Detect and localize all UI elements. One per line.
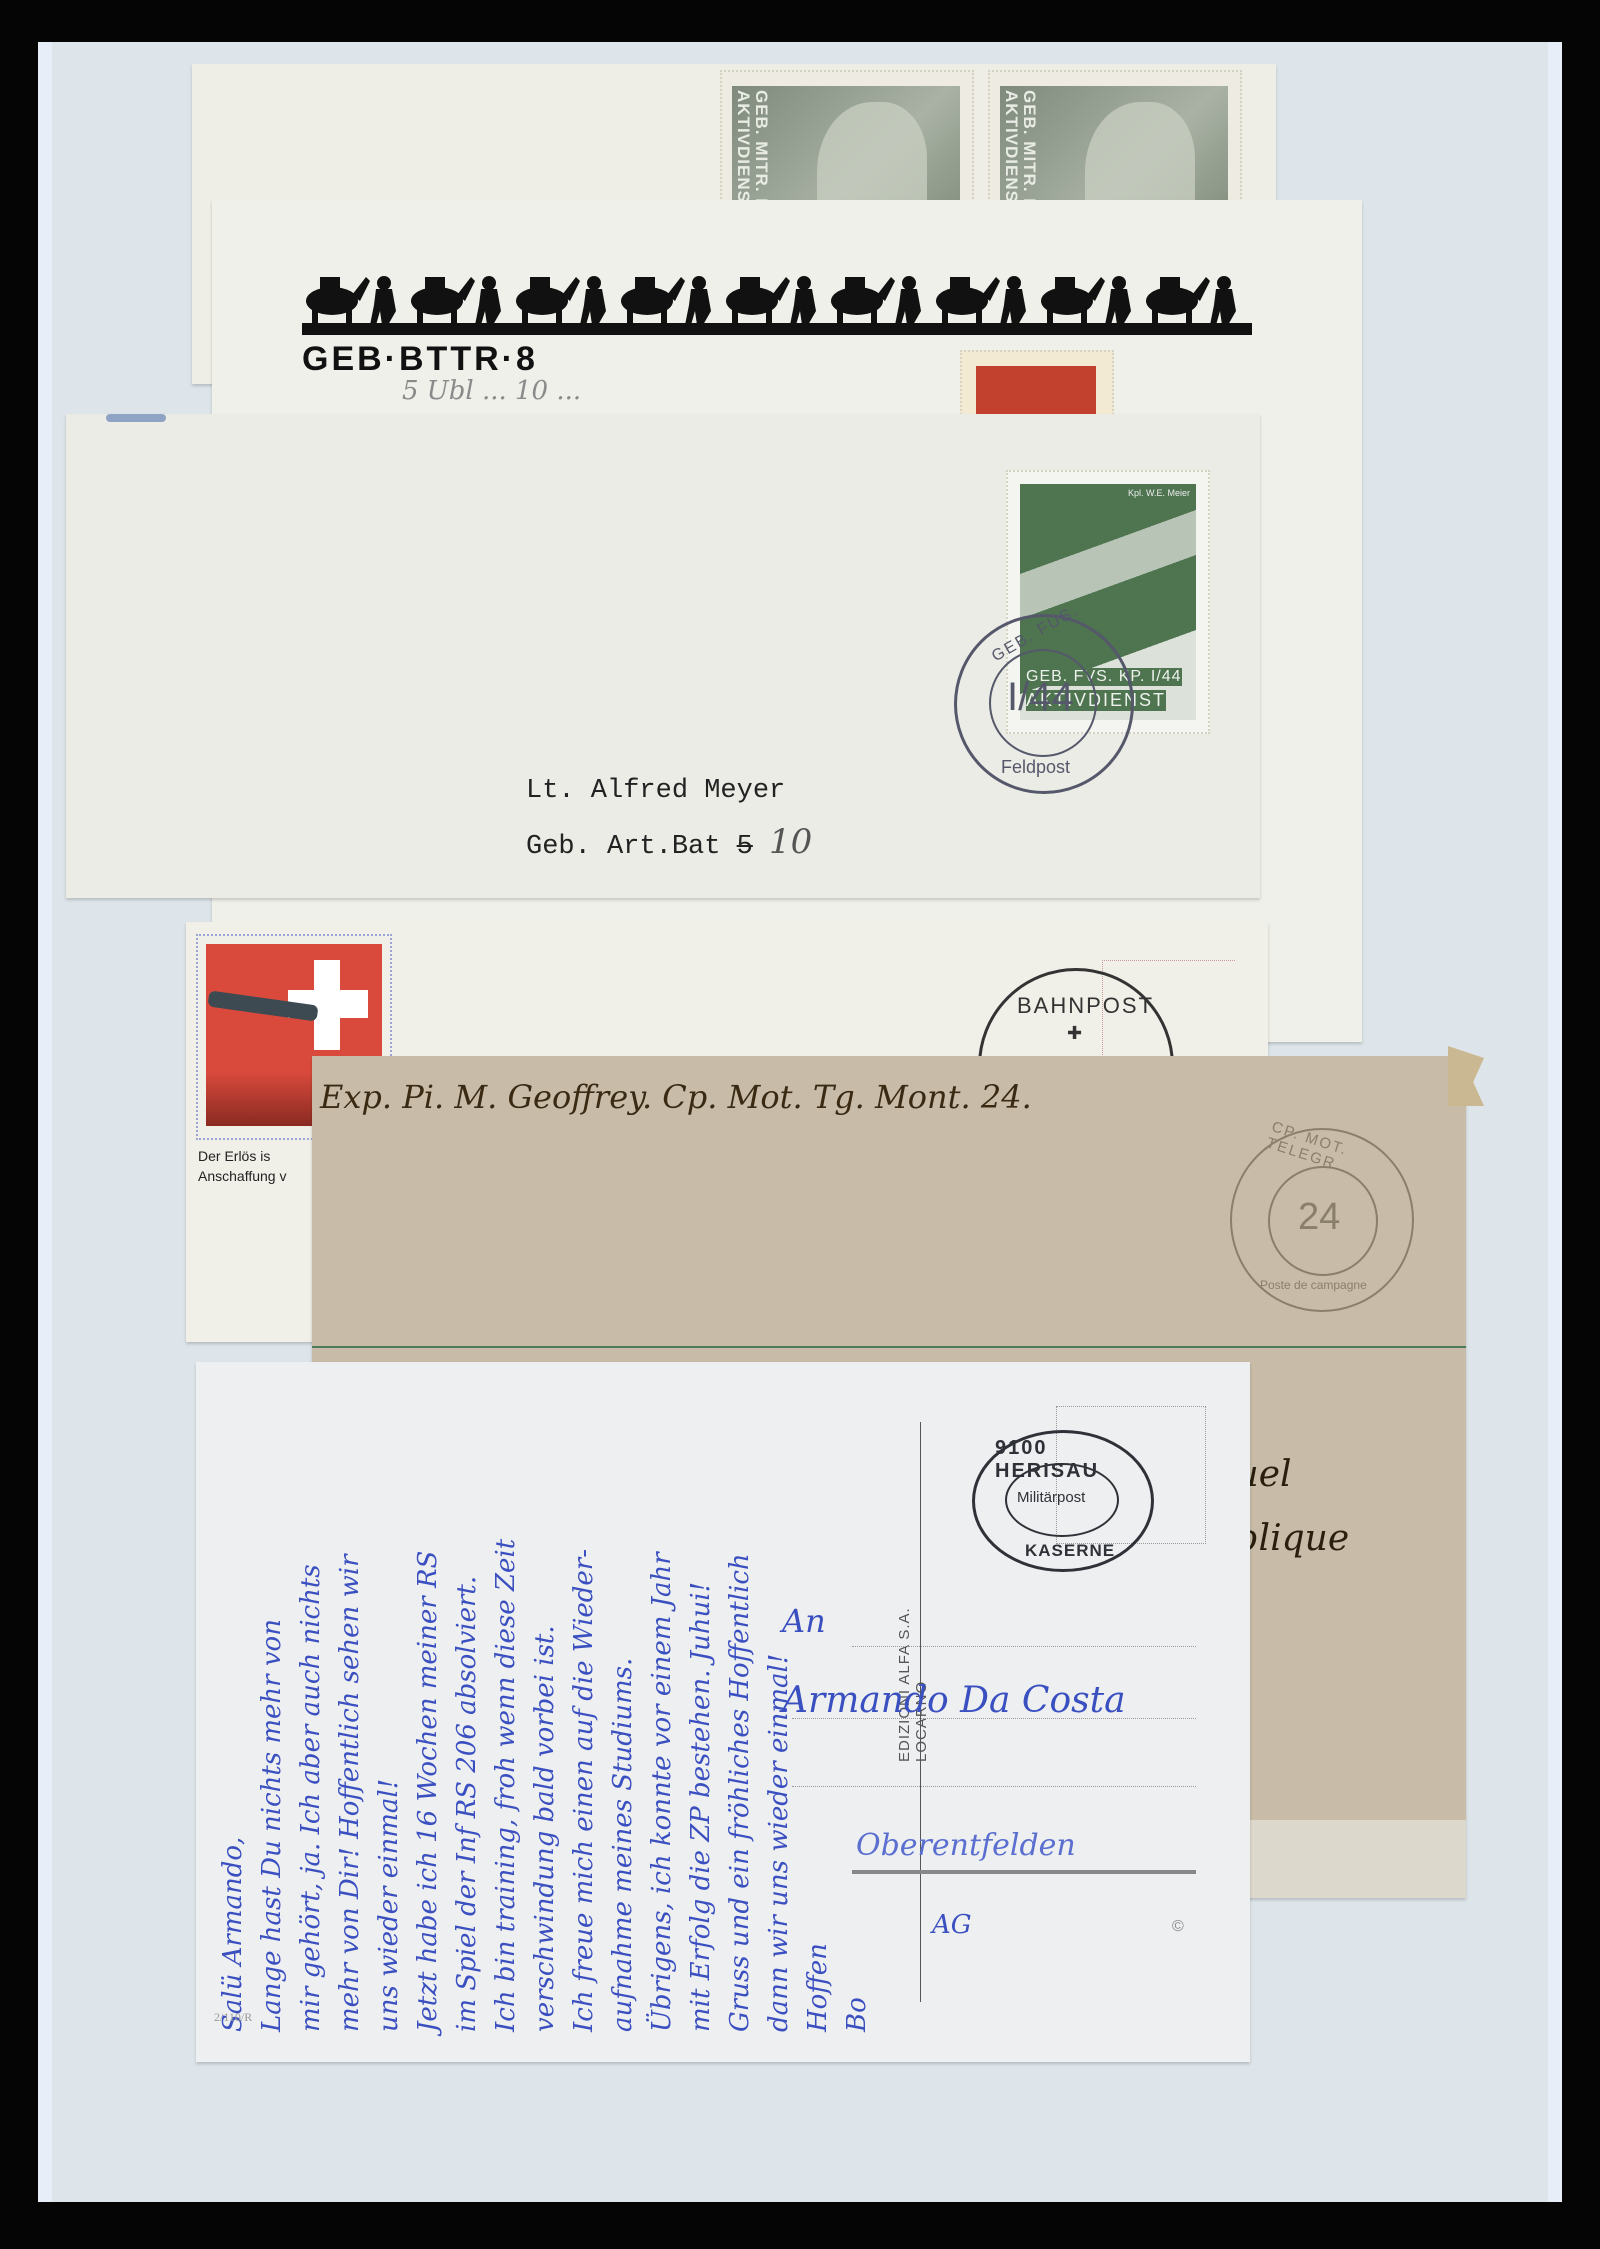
address-dotted-line <box>852 1646 1196 1647</box>
handwritten-number: 10 <box>769 822 812 862</box>
swiss-cross-icon: ✚ <box>1067 1023 1082 1044</box>
message-line: Lange hast Du nichts mehr von <box>253 1372 292 2032</box>
address-name: Armando Da Costa <box>782 1680 1126 1721</box>
album-page-left-edge <box>38 42 52 2202</box>
cover-6-postcard[interactable]: Salü Armando,Lange hast Du nichts mehr v… <box>196 1362 1250 2062</box>
message-line: Ich freue mich einen auf die Wieder- <box>565 1372 604 2032</box>
message-line: verschwindung bald vorbei ist. <box>526 1372 565 2032</box>
address-line-2: Geb. Art.Bat 5 10 <box>526 822 812 862</box>
publisher: EDIZIONI ALFA S.A. LOCARNO <box>896 1532 930 1762</box>
divider-line <box>312 1346 1466 1348</box>
postmark-herisau: 9100 HERISAU Militärpost KASERNE <box>972 1430 1154 1572</box>
message-line: uns wieder einmal! <box>370 1372 409 2032</box>
message-line: mir gehört, ja. Ich aber auch nichts <box>292 1372 331 2032</box>
blue-mark <box>106 414 166 422</box>
copyright: © <box>1172 1918 1184 1936</box>
message-line: im Spiel der Inf RS 206 absolviert. <box>448 1372 487 2032</box>
address-an: An <box>782 1602 826 1640</box>
sender-unit: GEB·BTTR·8 <box>302 340 538 379</box>
message-line: Ich bin training, froh wenn diese Zeit <box>487 1372 526 2032</box>
postmark-cp-mot-telegr: CP. MOT. TELEGR. 24 Poste de campagne <box>1230 1128 1414 1312</box>
message-line: aufnahme meines Studiums. <box>604 1372 643 2032</box>
address-underline <box>852 1870 1196 1874</box>
message-line: mit Erfolg die ZP bestehen. Juhui! <box>682 1372 721 2032</box>
stamp-text: GEB. MITR. KAKTIVDIENST <box>734 90 770 214</box>
vignette-caption-2: Anschaffung v <box>198 1168 286 1184</box>
stamp-text: GEB. MITR. KAKTIVDIENST <box>1002 90 1038 214</box>
message-line: Jetzt habe ich 16 Wochen meiner RS <box>409 1372 448 2032</box>
message-line: Übrigens, ich konnte vor einem Jahr <box>643 1372 682 2032</box>
stamp-artist: Kpl. W.E. Meier <box>1128 488 1190 498</box>
address-dotted-line <box>792 1786 1196 1787</box>
address-town: Oberentfelden <box>856 1828 1076 1863</box>
card-number: 2/110/R <box>214 2010 252 2025</box>
address-line-1: Lt. Alfred Meyer <box>526 776 785 806</box>
vignette-caption-1: Der Erlös is <box>198 1148 270 1164</box>
message-line: Salü Armando, <box>214 1372 253 2032</box>
message-line: Gruss und ein fröhliches Hoffentlich <box>721 1372 760 2032</box>
sender-handwritten: Exp. Pi. M. Geoffrey. Cp. Mot. Tg. Mont.… <box>320 1078 1032 1116</box>
pencil-note: 5 Ubl ... 10 ... <box>402 376 581 406</box>
mule-column-silhouette-icon <box>302 265 1252 335</box>
address-canton: AG <box>932 1910 972 1940</box>
cover-3-envelope[interactable]: Kpl. W.E. Meier GEB. FVS. KP. I/44 AKTIV… <box>66 414 1260 898</box>
album-page-right-edge <box>1548 42 1562 2202</box>
struck-number: 5 <box>737 832 753 862</box>
postcard-message: Salü Armando,Lange hast Du nichts mehr v… <box>214 1372 854 2032</box>
message-line: mehr von Dir! Hoffentlich sehen wir <box>331 1372 370 2032</box>
address-dotted-line <box>792 1718 1196 1719</box>
postmark-feldpost: GEB. FUS. I/44 Feldpost <box>954 614 1134 794</box>
